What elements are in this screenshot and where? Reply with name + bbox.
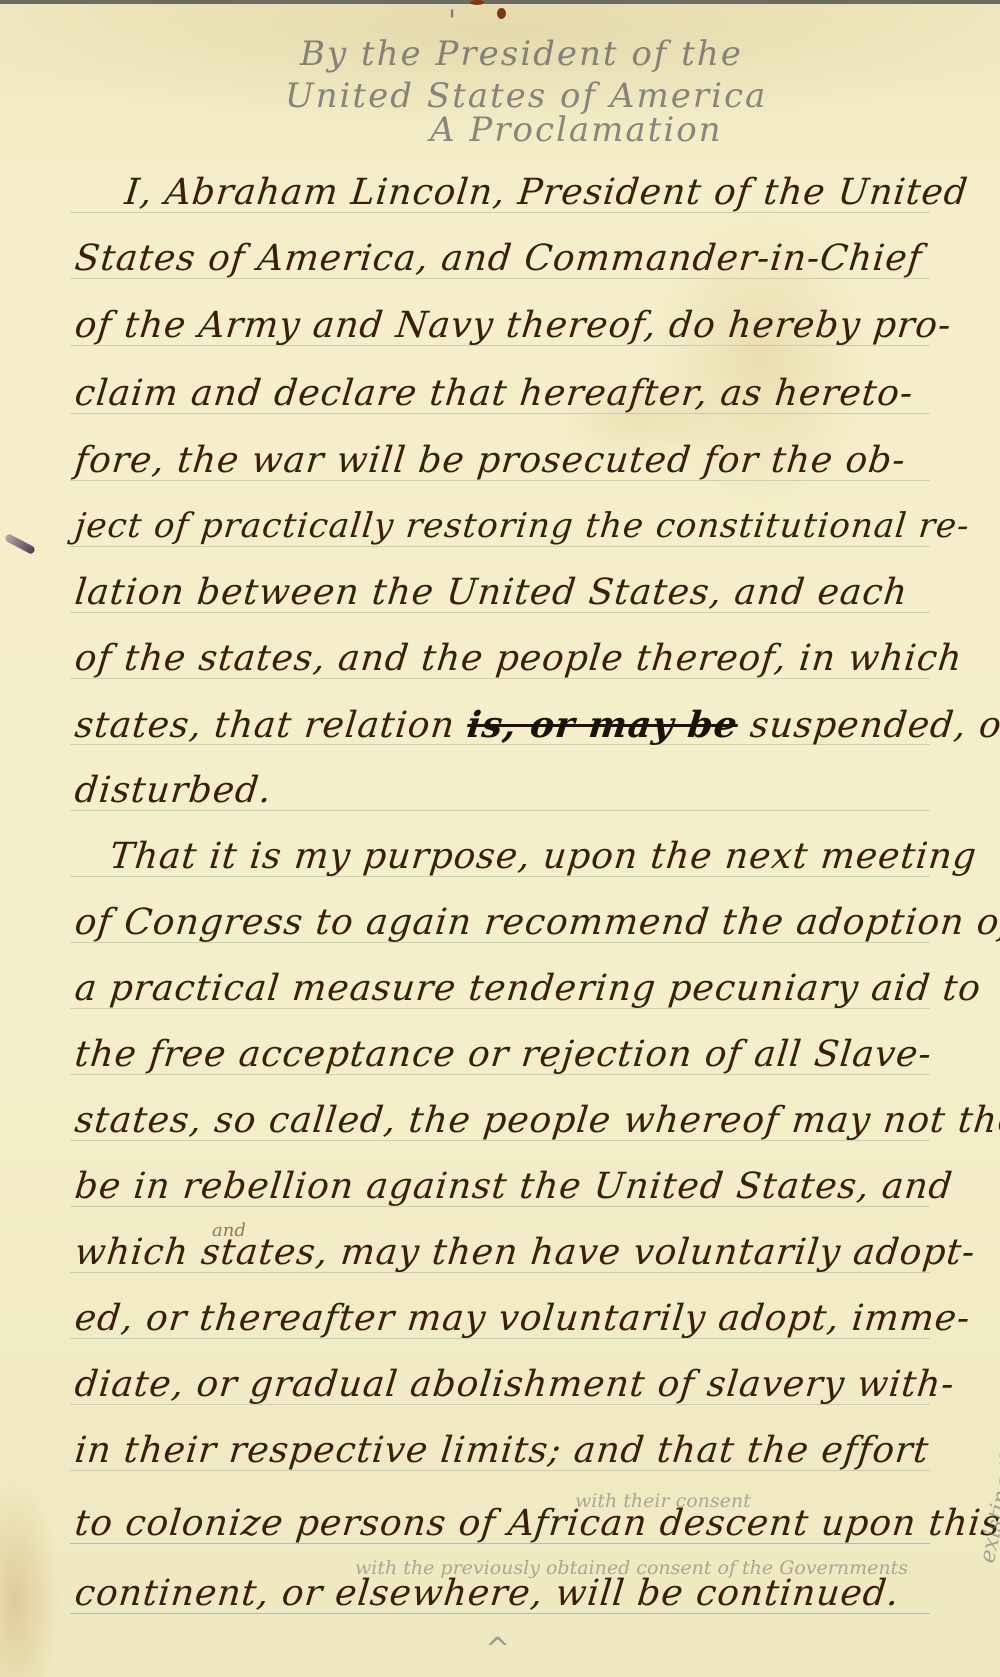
pencil-heading-line-3: A Proclamation [430,110,723,150]
text-line-7: lation between the United States, and ea… [73,572,910,613]
text-line-1: I, Abraham Lincoln, President of the Uni… [123,172,970,213]
text-line-8: of the states, and the people thereof, i… [73,638,965,679]
text-line-20: in their respective limits; and that the… [73,1430,931,1471]
ink-blot [497,8,506,19]
text-line-9-end: suspended, or [736,705,1000,746]
text-line-10: disturbed. [73,770,274,811]
pencil-heading-line-1: By the President of the [300,34,743,74]
text-line-15: states, so called, the people whereof ma… [73,1100,1000,1141]
text-line-2: States of America, and Commander-in-Chie… [73,238,924,279]
text-line-11: That it is my purpose, upon the next mee… [108,836,979,877]
text-line-14: the free acceptance or rejection of all … [73,1034,934,1075]
text-line-9: states, that relation is, or may be susp… [73,704,1000,746]
page-top-edge [0,0,1000,4]
ruled-line [70,546,930,547]
interlinear-with-their-consent: with their consent [575,1490,751,1512]
margin-ink-mark [4,533,36,555]
text-line-13: a practical measure tendering pecuniary … [73,968,983,1009]
text-line-6: ject of practically restoring the consti… [73,506,972,546]
text-line-12: of Congress to again recommend the adopt… [73,902,1000,943]
text-line-17: which states, may then have voluntarily … [73,1232,978,1273]
text-line-9-start: states, that relation [73,705,470,746]
text-line-5: fore, the war will be prosecuted for the… [73,440,908,481]
insertion-caret: ^ [485,1632,510,1667]
text-line-16: be in rebellion against the United State… [73,1166,955,1207]
ink-blot [470,0,484,5]
margin-vertical-note: existing there [975,1409,1000,1565]
text-line-3: of the Army and Navy thereof, do hereby … [73,305,954,346]
text-line-21: to colonize persons of African descent u… [73,1503,1000,1544]
manuscript-page: ' By the President of the United States … [0,0,1000,1677]
text-line-4: claim and declare that hereafter, as her… [73,373,916,414]
text-line-19: diate, or gradual abolishment of slavery… [73,1364,957,1405]
interlinear-government-consent: with the previously obtained consent of … [355,1557,908,1579]
text-line-18: ed, or thereafter may voluntarily adopt,… [73,1298,973,1339]
text-line-22: continent, or elsewhere, will be continu… [73,1573,902,1614]
struck-text: is, or may be [465,704,740,746]
interlinear-and: and [212,1220,246,1241]
